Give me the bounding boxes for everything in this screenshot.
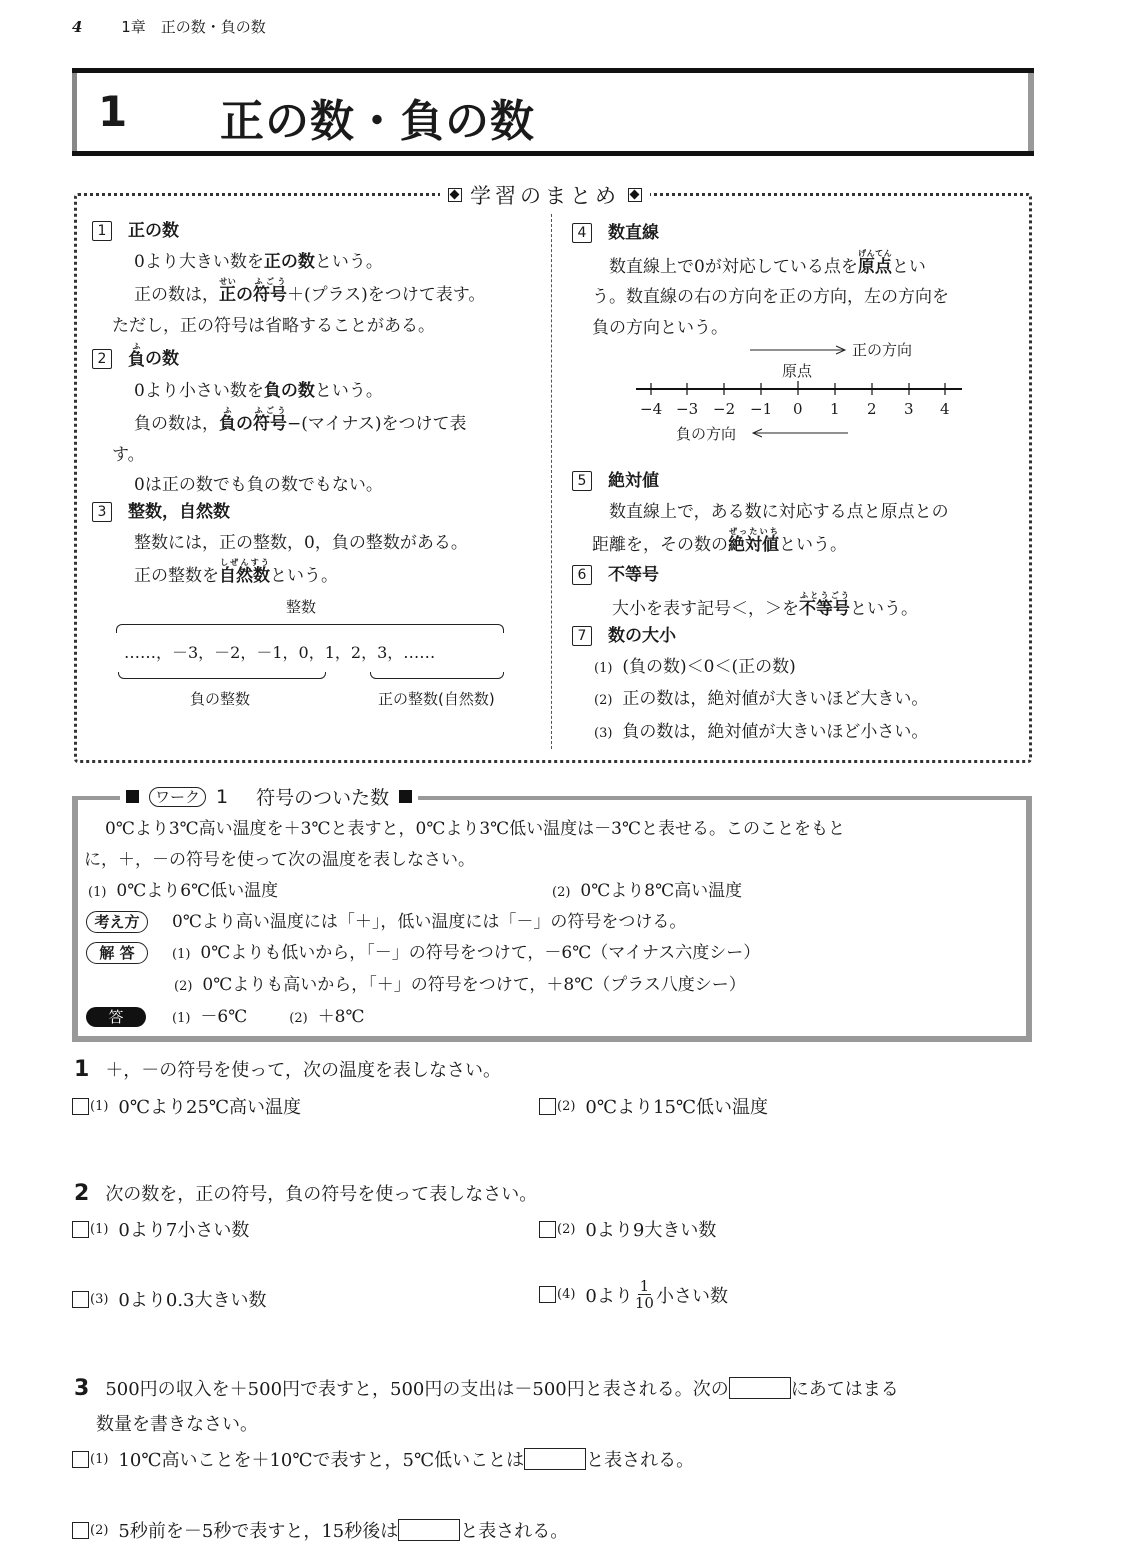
positive-integers-label: 正の整数(自然数) [378, 688, 495, 709]
question-number: 2 [74, 1181, 89, 1206]
section-title: 数直線 [608, 218, 659, 249]
section-number-box: 1 [92, 221, 112, 241]
question-item: (2)0℃より15℃低い温度 [539, 1093, 768, 1119]
tick-label: 3 [904, 400, 914, 418]
integer-diagram: 整数 ……，－3，－2，－1，0，1，2，3，…… 負の整数 正の整数(自然数) [116, 594, 506, 714]
tick-label: −3 [676, 400, 698, 418]
question-item: (1)0より7小さい数 [72, 1216, 249, 1242]
section-title: 正の数 [128, 216, 179, 247]
integer-sequence: ……，－3，－2，－1，0，1，2，3，…… [124, 640, 435, 663]
text-line: 正の数は，正せいの符号ふごう＋(プラス)をつけて表す。 [134, 277, 542, 311]
section-number-box: 5 [572, 471, 592, 491]
question-number: 1 [74, 1057, 89, 1082]
checkbox[interactable] [72, 1451, 89, 1468]
page-title: 正の数・負の数 [220, 85, 535, 149]
section-title: 不等号 [608, 560, 659, 591]
question-prompt: ＋，－の符号を使って，次の温度を表しなさい。 [105, 1056, 501, 1082]
tick-label: −4 [640, 400, 662, 418]
solution-row: (2)0℃よりも高いから，「＋」の符号をつけて，＋8℃（プラス八度シー） [88, 970, 1018, 1002]
answer-label: 答 [86, 1007, 146, 1027]
tick-label: 0 [793, 400, 803, 418]
tick-label: −2 [713, 400, 735, 418]
question-3-continued: 数量を書きなさい。 [96, 1410, 258, 1436]
answer-blank[interactable] [398, 1519, 460, 1541]
summary-section-7: 7数の大小 (1)(負の数)＜0＜(正の数) (2)正の数は，絶対値が大きいほど… [572, 621, 1022, 749]
summary-heading: 学習のまとめ [440, 180, 650, 210]
brace-positive [370, 672, 504, 679]
checkbox[interactable] [72, 1098, 89, 1115]
answer-blank[interactable] [524, 1448, 586, 1470]
text-line: 数直線上で，ある数に対応する点と原点との [592, 497, 1022, 528]
work-tag: ワーク [149, 787, 206, 807]
section-number-box: 2 [92, 349, 112, 369]
running-header: 4 1章 正の数・負の数 [72, 16, 266, 37]
section-number-box: 7 [572, 626, 592, 646]
question-item: (4)0より 110 小さい数 [539, 1278, 728, 1311]
summary-section-1: 1正の数 0より大きい数を正の数という。 正の数は，正せいの符号ふごう＋(プラス… [92, 216, 542, 341]
work-body: 0℃より3℃高い温度を＋3℃と表すと，0℃より3℃低い温度は－3℃と表せる。この… [88, 814, 1018, 1034]
tick-labels: −4 −3 −2 −1 0 1 2 3 4 [632, 400, 972, 420]
summary-section-3: 3整数，自然数 整数には，正の整数，0，負の整数がある。 正の整数を自然数しぜん… [92, 497, 542, 592]
question-number: 3 [74, 1376, 89, 1401]
question-prompt: 500円の収入を＋500円で表すと，500円の支出は－500円と表される。次の [105, 1375, 728, 1401]
summary-heading-text: 学習のまとめ [470, 180, 620, 210]
section-number-box: 3 [92, 502, 112, 522]
summary-section-2: 2負ふの数 0より小さい数を負の数という。 負の数は，負ふの符号ふごう−(マイナ… [92, 342, 542, 501]
summary-section-5: 5絶対値 数直線上で，ある数に対応する点と原点との 距離を，その数の絶対値ぜった… [572, 466, 1022, 561]
section-number-box: 6 [572, 565, 592, 585]
text-line: す。 [92, 440, 542, 471]
question-item: (2)5秒前を－5秒で表すと，15秒後は と表される。 [72, 1517, 568, 1543]
checkbox[interactable] [72, 1522, 89, 1539]
question-prompt: 次の数を，正の符号，負の符号を使って表しなさい。 [105, 1180, 537, 1206]
text-line: 整数には，正の整数，0，負の整数がある。 [134, 528, 542, 559]
text-line: 0より小さい数を負の数という。 [134, 376, 542, 407]
summary-section-6: 6不等号 大小を表す記号＜，＞を不等号ふとうごうという。 [572, 560, 1022, 624]
list-item: (2)正の数は，絶対値が大きいほど大きい。 [572, 684, 1022, 717]
question-item: (1)10℃高いことを＋10℃で表すと，5℃低いことは と表される。 [72, 1446, 694, 1472]
negative-integers-label: 負の整数 [190, 688, 250, 709]
column-divider [551, 214, 552, 749]
work-number: 1 [216, 786, 228, 808]
page-number: 4 [72, 18, 82, 36]
work-heading: ワーク 1 符号のついた数 [120, 783, 418, 810]
positive-direction-label: 正の方向 [852, 339, 912, 360]
checkbox[interactable] [539, 1221, 556, 1238]
solution-row: 解 答(1)0℃よりも低いから，「－」の符号をつけて，－6℃（マイナス六度シー） [86, 938, 1018, 970]
work-title: 符号のついた数 [256, 783, 389, 810]
answer-blank [729, 1377, 791, 1399]
answer-row: 答(1)－6℃(2)＋8℃ [86, 1002, 1018, 1034]
question-item: (1)0℃より25℃高い温度 [72, 1093, 301, 1119]
question-3: 3 500円の収入を＋500円で表すと，500円の支出は－500円と表される。次… [74, 1375, 899, 1401]
question-1: 1 ＋，－の符号を使って，次の温度を表しなさい。 [74, 1056, 501, 1082]
section-title: 数の大小 [608, 621, 676, 652]
checkbox[interactable] [539, 1098, 556, 1115]
hint-label: 考え方 [86, 911, 148, 933]
question-item: (3)0より0.3大きい数 [72, 1286, 267, 1312]
square-icon [399, 790, 412, 803]
checkbox[interactable] [72, 1221, 89, 1238]
diamond-icon [628, 188, 642, 202]
number-line-diagram: 正の方向 原点 負の方向 −4 −3 −2 −1 0 1 2 3 4 [632, 338, 972, 448]
fraction: 110 [635, 1278, 654, 1311]
summary-section-4: 4数直線 数直線上で0が対応している点を原点げんてんとい う。数直線の右の方向を… [572, 218, 1022, 343]
section-number: 1 [98, 87, 127, 136]
tick-label: −1 [750, 400, 772, 418]
work-intro-line: 0℃より3℃高い温度を＋3℃と表すと，0℃より3℃低い温度は－3℃と表せる。この… [88, 814, 1018, 845]
text-line: 正の整数を自然数しぜんすうという。 [134, 558, 542, 592]
diamond-icon [448, 188, 462, 202]
work-intro-line: に，＋，－の符号を使って次の温度を表しなさい。 [84, 845, 1018, 876]
checkbox[interactable] [539, 1286, 556, 1303]
question-item: (2)0より9大きい数 [539, 1216, 716, 1242]
text-line: 負の数は，負ふの符号ふごう−(マイナス)をつけて表 [134, 406, 542, 440]
brace-negative [118, 672, 326, 679]
tick-label: 1 [830, 400, 840, 418]
section-number-box: 4 [572, 223, 592, 243]
work-problems: (1)0℃より6℃低い温度 (2)0℃より8℃高い温度 [88, 876, 1018, 907]
text-line: 0は正の数でも負の数でもない。 [92, 470, 542, 501]
square-icon [126, 790, 139, 803]
solution-label: 解 答 [86, 942, 148, 964]
text-line: 0より大きい数を正の数という。 [134, 247, 542, 278]
text-line: 距離を，その数の絶対値ぜったいちという。 [592, 527, 1022, 561]
section-title: 絶対値 [608, 466, 659, 497]
text-line: う。数直線の右の方向を正の方向，左の方向を [592, 282, 1022, 313]
integers-label: 整数 [286, 596, 316, 617]
negative-direction-label: 負の方向 [676, 423, 736, 444]
section-title: 整数，自然数 [128, 497, 230, 528]
text-line: 数直線上で0が対応している点を原点げんてんとい [592, 249, 1022, 283]
origin-label: 原点 [782, 360, 812, 381]
chapter-label: 1章 正の数・負の数 [121, 18, 266, 36]
text-line: ただし，正の符号は省略することがある。 [92, 311, 542, 342]
list-item: (1)(負の数)＜0＜(正の数) [572, 652, 1022, 685]
hint-row: 考え方0℃より高い温度には「＋」，低い温度には「－」の符号をつける。 [86, 907, 1018, 938]
checkbox[interactable] [72, 1291, 89, 1308]
text-line: 大小を表す記号＜，＞を不等号ふとうごうという。 [572, 591, 1022, 625]
question-2: 2 次の数を，正の符号，負の符号を使って表しなさい。 [74, 1180, 537, 1206]
tick-label: 2 [867, 400, 877, 418]
list-item: (3)負の数は，絶対値が大きいほど小さい。 [572, 717, 1022, 750]
question-prompt: 数量を書きなさい。 [96, 1410, 258, 1436]
section-title-box: 1 正の数・負の数 [72, 68, 1034, 156]
question-prompt: にあてはまる [791, 1375, 899, 1401]
brace-integers [116, 624, 504, 633]
tick-label: 4 [940, 400, 950, 418]
hint-text: 0℃より高い温度には「＋」，低い温度には「－」の符号をつける。 [172, 912, 686, 932]
